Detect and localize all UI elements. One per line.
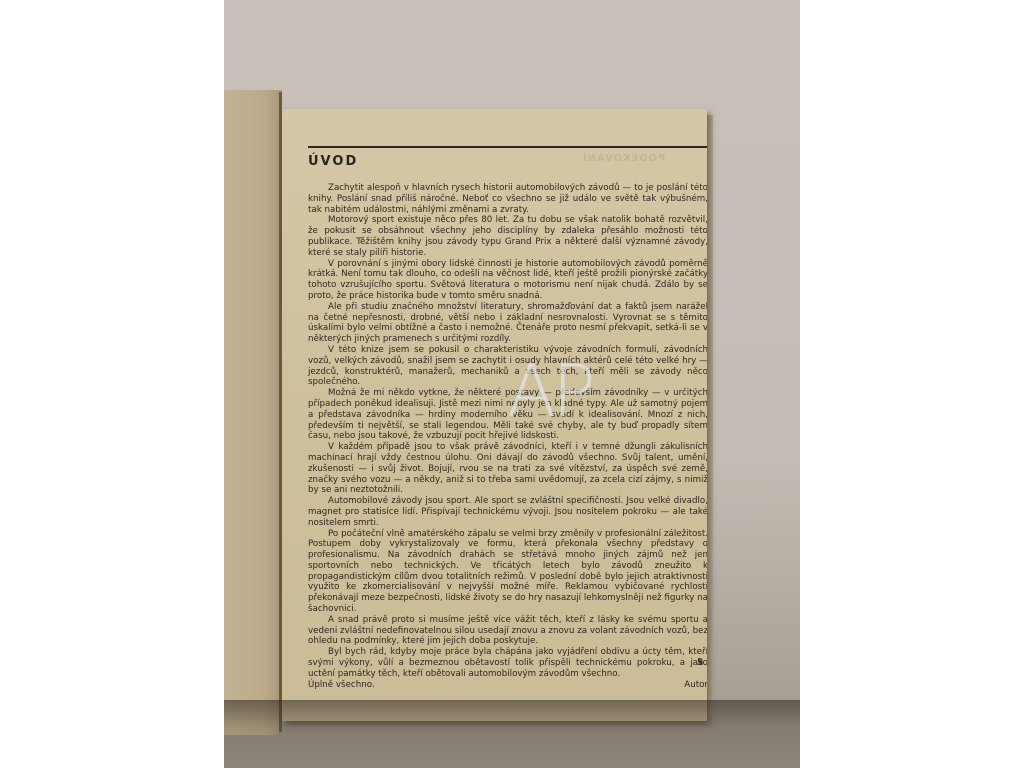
watermark: AP xyxy=(507,349,592,433)
paragraph: Byl bych rád, kdyby moje práce byla cháp… xyxy=(308,647,708,679)
paragraph: V každém případě jsou to však právě závo… xyxy=(308,442,708,496)
show-through-heading: PODĚKOVÁNÍ xyxy=(582,153,665,164)
signature: Autor xyxy=(684,680,708,691)
page-heading: ÚVOD xyxy=(308,154,358,169)
closing-text: Úplně všechno. xyxy=(308,680,375,691)
book-shadow xyxy=(224,700,800,768)
paragraph: Automobilové závody jsou sport. Ale spor… xyxy=(308,496,708,528)
paragraph: Zachytit alespoň v hlavních rysech histo… xyxy=(308,183,708,215)
body-text: Zachytit alespoň v hlavních rysech histo… xyxy=(308,183,708,690)
paragraph: A snad právě proto si musíme ještě více … xyxy=(308,615,708,647)
book-photo: ÚVOD PODĚKOVÁNÍ Zachytit alespoň v hlavn… xyxy=(224,0,800,768)
closing-line: Úplně všechno. Autor xyxy=(308,680,708,691)
left-page-edge xyxy=(224,90,282,735)
heading-rule xyxy=(308,146,708,148)
paragraph: V porovnání s jinými obory lidské činnos… xyxy=(308,259,708,302)
paragraph: Motorový sport existuje něco přes 80 let… xyxy=(308,215,708,258)
paragraph: Ale při studiu značného množství literat… xyxy=(308,302,708,345)
paragraph: Po počáteční vlně amatérského zápalu se … xyxy=(308,529,708,615)
book-page: ÚVOD PODĚKOVÁNÍ Zachytit alespoň v hlavn… xyxy=(282,109,707,721)
page-stack-edge xyxy=(707,115,713,715)
page-number: 5 xyxy=(697,658,703,668)
